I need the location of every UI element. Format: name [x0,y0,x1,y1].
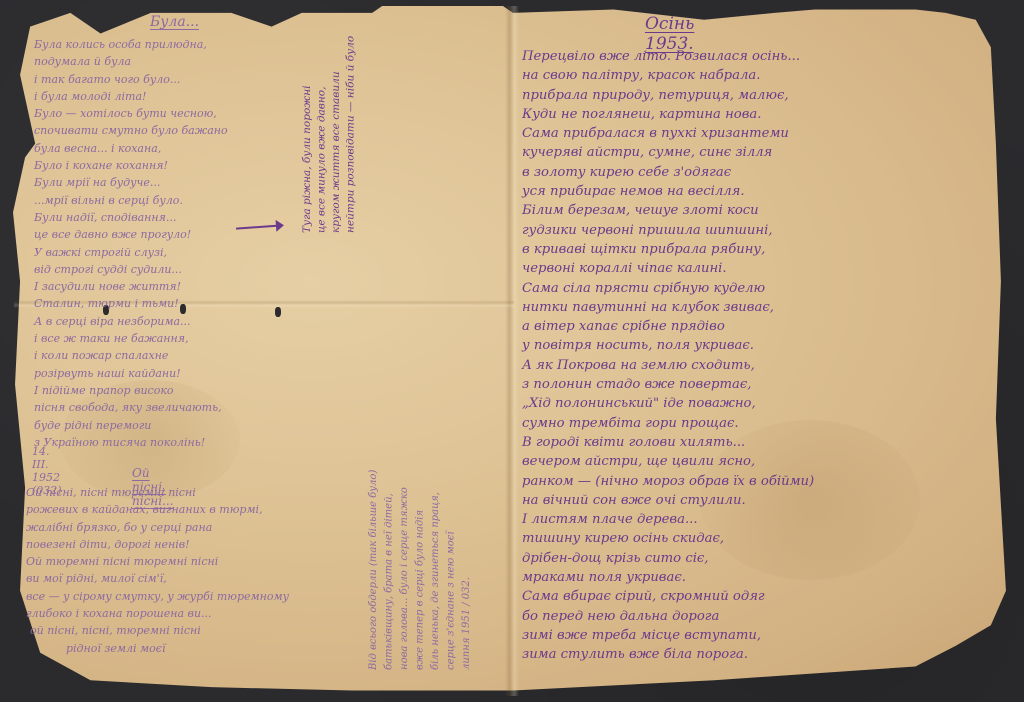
poem-line: і все ж таки не бажання, [34,330,228,347]
poem-lines-autumn: Перецвіло вже літо. Розвилася осінь... н… [522,47,814,665]
margin-note-line: Від всього обдерли (так більше було) [366,370,382,670]
poem-line: а вітер хапає срібне прядіво [522,317,814,336]
margin-note-line: нова голова... було і серце тяжко [397,370,413,670]
poem-line: І засудили нове життя! [34,278,228,295]
margin-note-line: нейтри розповідати — ніби й було [344,18,359,233]
poem-line: І листям плаче дерева... [522,510,814,529]
poem-line: від строгі судді судили... [34,261,228,278]
poem-line: в золоту кирею себе з'одягає [522,163,814,182]
poem-line: зима стулить вже біла порога. [522,645,814,664]
poem-line: буде рідні перемоги [34,417,228,434]
poem-line: ви мої рідні, милої сім'ї, [26,570,289,587]
poem-line: зимі вже треба місце вступати, [522,626,814,645]
poem-line: Перецвіло вже літо. Розвилася осінь... [522,47,814,66]
poem-line: Білим березам, чешуе злоті коси [522,201,814,220]
poem-line: А як Покрова на землю сходить, [522,356,814,375]
poem-line: Були надії, сподівання... [34,209,228,226]
poem-line: з полонин стадо вже повертає, [522,375,814,394]
poem-line: подумала й була [34,53,228,70]
center-fold [505,6,519,696]
poem-line: червоні кораллі чіпає калині. [522,259,814,278]
poem-line: Сама вбирає сірий, скромний одяг [522,587,814,606]
poem-line: гудзики червоні пришила шипшині, [522,221,814,240]
paper-hole [275,307,281,317]
margin-note-line: липня 1951 / 032. [459,370,475,670]
poem-line: А в серці віра незборима... [34,313,228,330]
poem-line: У важкі строгій слузі, [34,244,228,261]
margin-note-line: біль ненька, де згинеться праця, [428,370,444,670]
poem-line: бо перед нею дальна дорога [522,607,814,626]
poem-line: І підійме прапор високо [34,382,228,399]
poem-line: дрібен-дощ крізь сито сіє, [522,549,814,568]
poem-line: з Україною тисяча поколінь! [34,434,228,451]
poem-line: прибрала природу, петуриця, малює, [522,86,814,105]
poem-line: рожевих в кайданах, вигнаних в тюрмі, [26,501,289,518]
poem-title-was: Була... [150,14,199,30]
poem-line: Сама прибралася в пухкі хризантеми [522,124,814,143]
poem-line: мраками поля укриває. [522,568,814,587]
poem-line: Була колись особа прилюдна, [34,36,228,53]
poem-line: нитки павутинні на клубок звиває, [522,298,814,317]
poem-line: на свою палітру, красок набрала. [522,66,814,85]
poem-line: ой пісні, пісні, тюремні пісні [26,622,289,639]
poem-line: і була молоді літа! [34,88,228,105]
poem-line: Було — хотілось бути чесною, [34,105,228,122]
margin-note-top: Туга ріжна, були порожні це все минуло в… [300,18,358,233]
poem-line: Куди не поглянеш, картина нова. [522,105,814,124]
poem-line: уся прибирає немов на весілля. [522,182,814,201]
poem-lines-was: Була колись особа прилюдна, подумала й б… [34,36,228,451]
poem-line: пісня свобода, яку звеличають, [34,399,228,416]
poem-line: повезені діти, дорогі ненів! [26,536,289,553]
poem-line: і коли пожар спалахне [34,347,228,364]
margin-note-line: Туга ріжна, були порожні [300,18,315,233]
poem-line: на вічний сон вже очі стулили. [522,491,814,510]
poem-line: Сама сіла прясти срібную куделю [522,279,814,298]
poem-line: глибоко і кохана порошена ви... [26,605,289,622]
poem-line: „Хід полонинський" іде поважно, [522,394,814,413]
margin-note-line: це все минуло вже давно, [315,18,330,233]
poem-line: Ой пісні, пісні тюремні пісні [26,484,289,501]
margin-note-bottom: Від всього обдерли (так більше було) бат… [366,370,475,670]
poem-line: кучеряві айстри, сумне, синє зілля [522,143,814,162]
poem-line: Ой тюремні пісні тюремні пісні [26,553,289,570]
poem-line: все — у сірому смутку, у журбі тюремному [26,588,289,605]
poem-line: спочивати смутно було бажано [34,122,228,139]
poem-line: Було і кохане кохання! [34,157,228,174]
poem-line: ранком — (нічно мороз обрав їх в обійми) [522,472,814,491]
poem-line: сумно трембіта гори прощає. [522,414,814,433]
poem-line: тишину кирею осінь скидає, [522,529,814,548]
poem-line: була весна... і кохана, [34,140,228,157]
margin-note-line: батьківщину, брата в неї дітей, [382,370,398,670]
margin-note-line: вже тепер в серці було надія [413,370,429,670]
poem-line: В городі квіти голови хилять... [522,433,814,452]
poem-line: в криваві щітки прибрала рябину, [522,240,814,259]
poem-line: жалібні брязко, бо у серці рана [26,519,289,536]
margin-note-line: серце з'єднане з нею моєї [444,370,460,670]
poem-line: рідної землі моєї [26,640,289,657]
margin-note-line: кругом життя все ставили [329,18,344,233]
poem-line: це все давно вже прогуло! [34,226,228,243]
poem-line: ...мрії вільні в серці було. [34,192,228,209]
poem-line: Сталин, тюрми і тьми! [34,295,228,312]
poem-line: у повітря носить, поля укриває. [522,336,814,355]
poem-line: Були мрії на будуче... [34,174,228,191]
poem-line: вечером айстри, ще цвили ясно, [522,452,814,471]
poem-line: і так багато чого було... [34,71,228,88]
poem-line: розірвуть наші кайдани! [34,365,228,382]
poem-lines-songs: Ой пісні, пісні тюремні пісні рожевих в … [26,484,289,657]
